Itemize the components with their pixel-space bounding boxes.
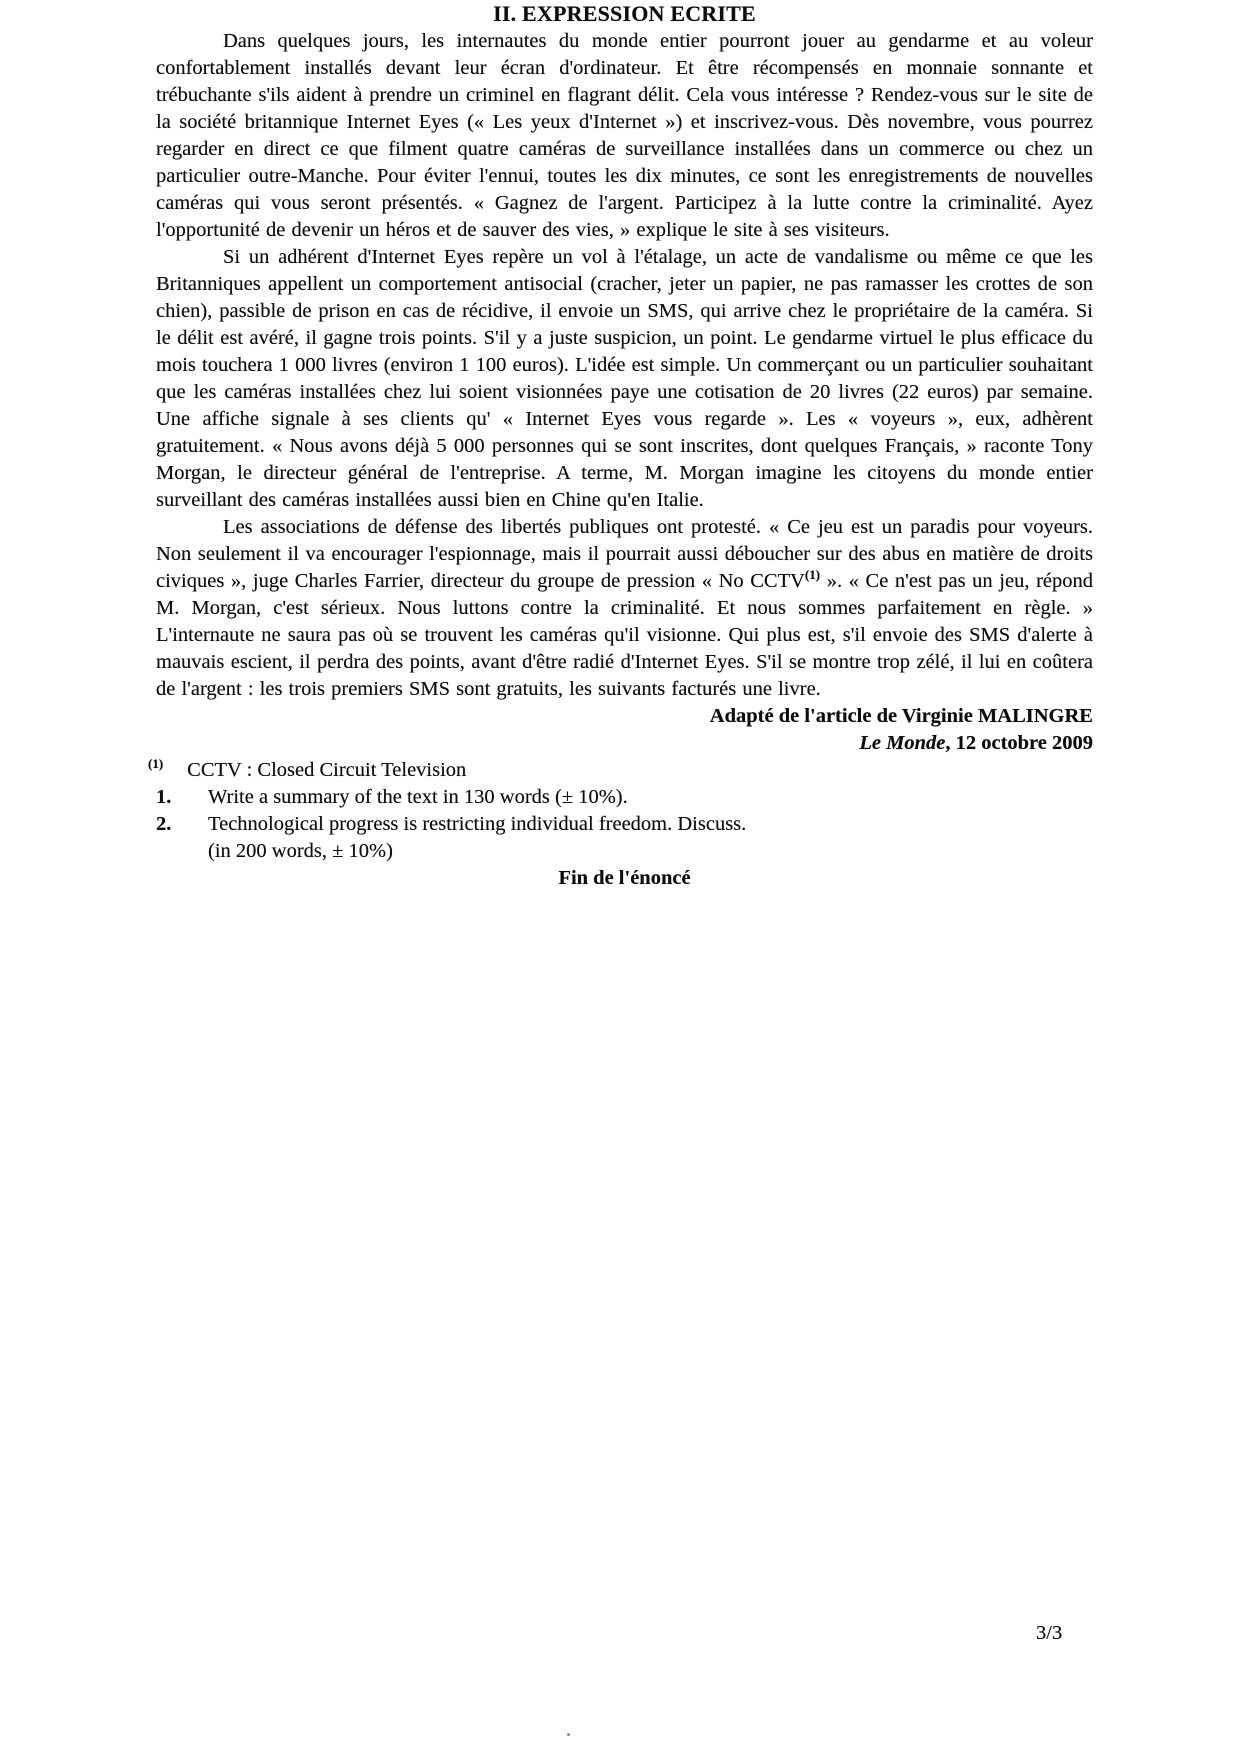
end-of-document-note: Fin de l'énoncé [156, 865, 1093, 892]
footnote-text: CCTV : Closed Circuit Television [187, 759, 466, 781]
attribution: Adapté de l'article de Virginie MALINGRE… [156, 703, 1093, 757]
question-2-line-2: (in 200 words, ± 10%) [208, 838, 1093, 865]
publication-date: , 12 octobre 2009 [945, 732, 1093, 754]
scanned-exam-page: II. EXPRESSION ECRITE Dans quelques jour… [0, 0, 1252, 1757]
footnote-marker: (1) [148, 756, 163, 771]
attribution-source-line: Le Monde, 12 octobre 2009 [156, 730, 1093, 757]
scan-artifact-dot [567, 1733, 570, 1736]
question-1-number: 1. [156, 784, 208, 811]
question-2-line-1: Technological progress is restricting in… [208, 811, 1093, 838]
page-title: II. EXPRESSION ECRITE [156, 0, 1093, 28]
paragraph-1: Dans quelques jours, les internautes du … [156, 28, 1093, 244]
question-1-text: Write a summary of the text in 130 words… [208, 784, 1093, 811]
question-2-number: 2. [156, 811, 208, 865]
journal-name: Le Monde [859, 732, 945, 754]
text-block: II. EXPRESSION ECRITE Dans quelques jour… [156, 0, 1093, 892]
question-1: 1. Write a summary of the text in 130 wo… [156, 784, 1093, 811]
paragraph-3: Les associations de défense des libertés… [156, 514, 1093, 703]
page-number: 3/3 [1036, 1620, 1062, 1647]
footnote-reference-superscript: (1) [805, 567, 820, 582]
footnote: (1)CCTV : Closed Circuit Television [156, 757, 1093, 784]
paragraph-2: Si un adhérent d'Internet Eyes repère un… [156, 244, 1093, 514]
attribution-author-line: Adapté de l'article de Virginie MALINGRE [156, 703, 1093, 730]
question-2: 2. Technological progress is restricting… [156, 811, 1093, 865]
question-2-text: Technological progress is restricting in… [208, 811, 1093, 865]
